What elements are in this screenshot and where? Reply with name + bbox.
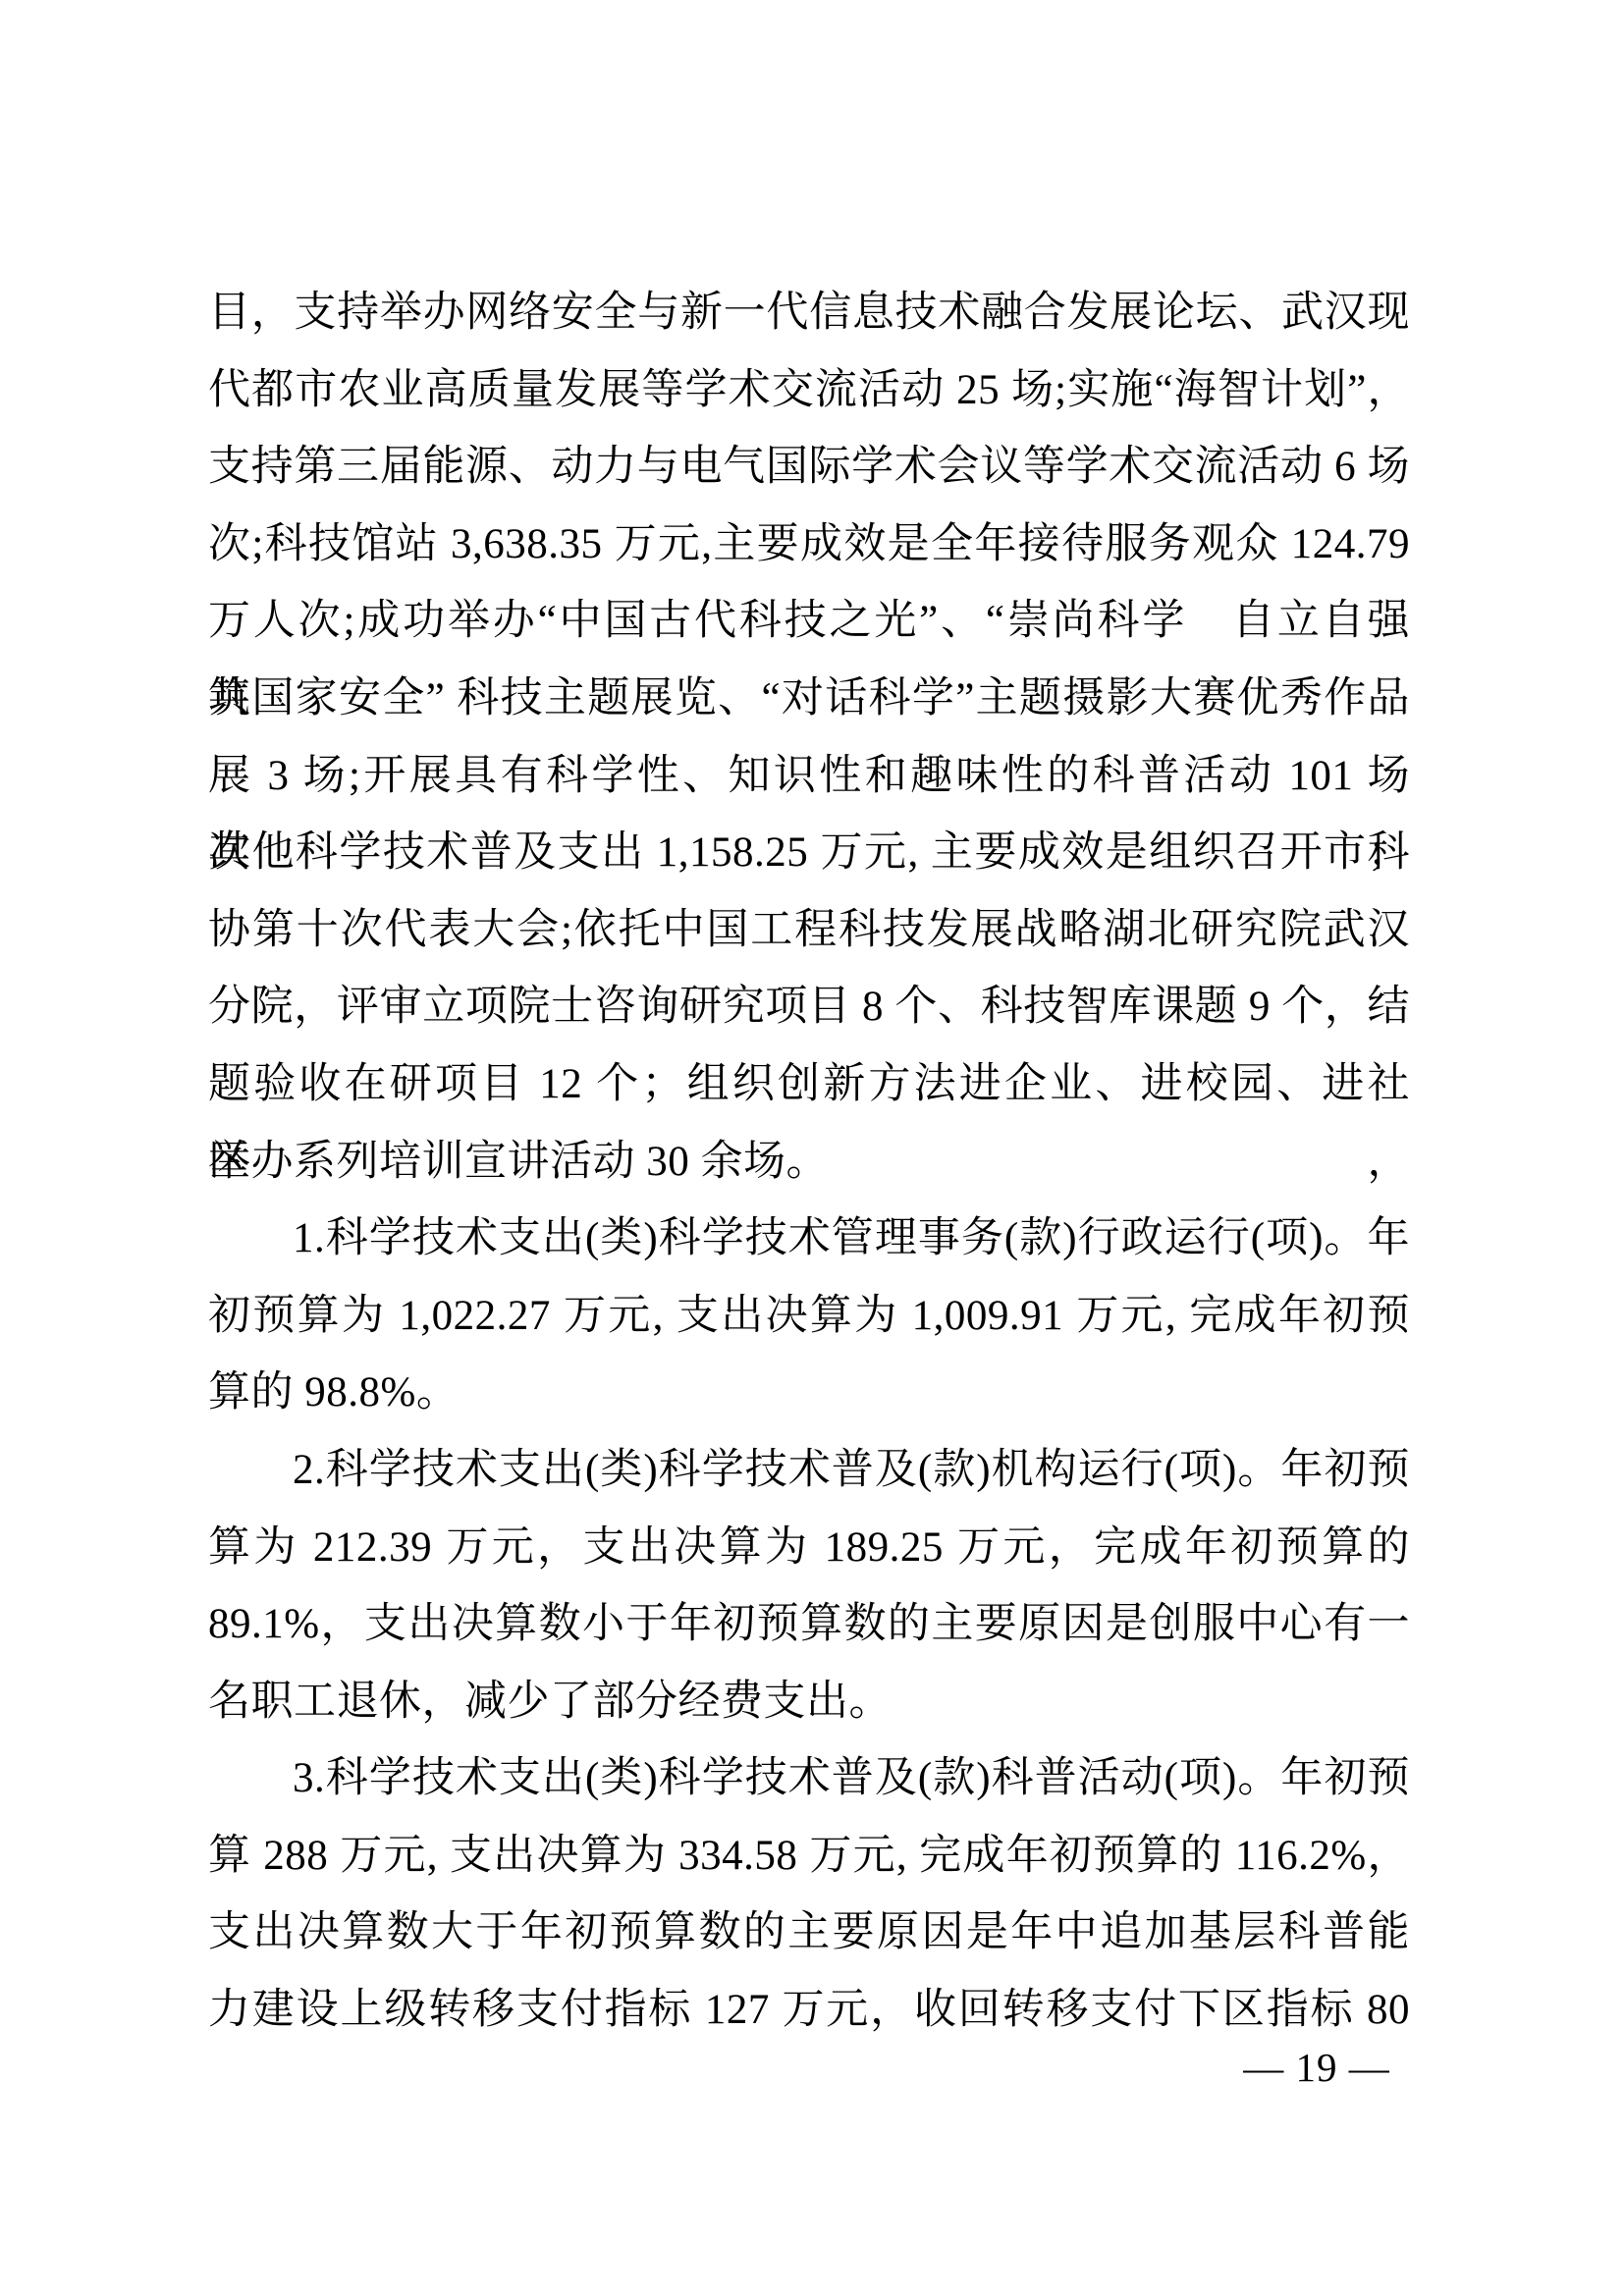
text-line: 算为 212.39 万元，支出决算为 189.25 万元，完成年初预算的 <box>208 1510 1410 1587</box>
text-line: 筑国家安全” 科技主题展览、“对话科学”主题摄影大赛优秀作品 <box>208 661 1410 738</box>
text-line: 名职工退休，减少了部分经费支出。 <box>208 1664 1410 1741</box>
text-line: 展 3 场;开展具有科学性、知识性和趣味性的科普活动 101 场次； <box>208 738 1410 816</box>
text-line: 算的 98.8%。 <box>208 1355 1410 1432</box>
text-line: 1.科学技术支出(类)科学技术管理事务(款)行政运行(项)。年 <box>208 1201 1410 1278</box>
text-line: 题验收在研项目 12 个；组织创新方法进企业、进校园、进社区， <box>208 1046 1410 1124</box>
document-body: 目，支持举办网络安全与新一代信息技术融合发展论坛、武汉现代都市农业高质量发展等学… <box>208 275 1410 2050</box>
text-line: 目，支持举办网络安全与新一代信息技术融合发展论坛、武汉现 <box>208 275 1410 352</box>
text-line: 协第十次代表大会;依托中国工程科技发展战略湖北研究院武汉 <box>208 892 1410 970</box>
text-line: 万人次;成功举办“中国古代科技之光”、“崇尚科学 自立自强 共 <box>208 583 1410 661</box>
text-line: 力建设上级转移支付指标 127 万元，收回转移支付下区指标 80 <box>208 1972 1410 2050</box>
document-page: 目，支持举办网络安全与新一代信息技术融合发展论坛、武汉现代都市农业高质量发展等学… <box>0 0 1624 2296</box>
text-line: 算 288 万元, 支出决算为 334.58 万元, 完成年初预算的 116.2… <box>208 1818 1410 1896</box>
text-line: 次;科技馆站 3,638.35 万元,主要成效是全年接待服务观众 124.79 <box>208 507 1410 584</box>
text-line: 支出决算数大于年初预算数的主要原因是年中追加基层科普能 <box>208 1895 1410 1972</box>
text-line: 初预算为 1,022.27 万元, 支出决算为 1,009.91 万元, 完成年… <box>208 1278 1410 1356</box>
text-line: 代都市农业高质量发展等学术交流活动 25 场;实施“海智计划”， <box>208 352 1410 430</box>
page-number: — 19 — <box>1233 2044 1400 2091</box>
text-line: 2.科学技术支出(类)科学技术普及(款)机构运行(项)。年初预 <box>208 1432 1410 1510</box>
text-line: 分院，评审立项院士咨询研究项目 8 个、科技智库课题 9 个，结 <box>208 969 1410 1046</box>
text-line: 3.科学技术支出(类)科学技术普及(款)科普活动(项)。年初预 <box>208 1740 1410 1818</box>
text-line: 89.1%，支出决算数小于年初预算数的主要原因是创服中心有一 <box>208 1586 1410 1664</box>
text-line: 其他科学技术普及支出 1,158.25 万元, 主要成效是组织召开市科 <box>208 815 1410 892</box>
text-line: 支持第三届能源、动力与电气国际学术会议等学术交流活动 6 场 <box>208 429 1410 507</box>
